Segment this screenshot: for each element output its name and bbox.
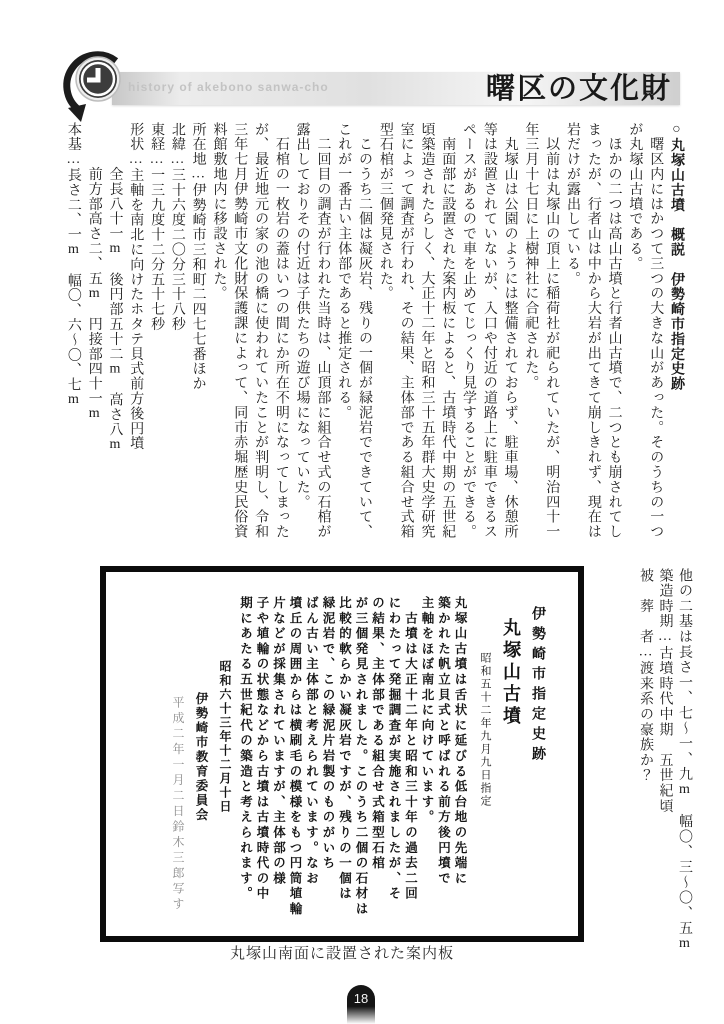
article-line: 石棺の一枚岩の蓋はいつの間にか所在不明になってしまった	[270, 122, 291, 550]
transcriber-note: 平成二年一月二日鈴木三郎写す	[167, 596, 189, 924]
document-page: history of akebono sanwa-cho 曙区の文化財 ○丸塚山…	[0, 0, 724, 1024]
article-line: 丸塚山は公園のようには整備されておらず、駐車場、休憩所	[499, 122, 520, 550]
article-line: 形状…主軸を南北に向けたホタテ貝式前方後円墳	[124, 122, 145, 550]
signboard-figure: 伊勢崎市指定史跡 丸塚山古墳 昭和五十二年九月九日指定 丸塚山古墳は舌状に延びる…	[100, 566, 584, 942]
page-number-badge: 18	[347, 985, 375, 1024]
signboard-body-line: 丸塚山古墳は舌状に延びる低台地の先端に	[452, 596, 469, 924]
signboard-body-line: 主軸をほぼ南北に向けています。	[419, 596, 436, 924]
article-aside: 他の二基は長さ一、七～一、九m 幅〇、三～〇、五m築造時期…古墳時代中期 五世紀…	[636, 568, 695, 968]
article-line: 全長八十一m 後円部五十二m 高さ八m	[104, 122, 125, 550]
article-line: 露出しておりその付近は子供たちの遊び場になっていた。	[291, 122, 312, 550]
article-line: 北緯…三十六度二〇分三十八秒	[166, 122, 187, 550]
article-line: ほかの二つは高山古墳と行者山古墳で、二つとも崩されてし	[603, 122, 624, 550]
article-line: まったが、行者山は中から大岩が出てきて崩しきれず、現在は	[582, 122, 603, 550]
figure-caption: 丸塚山南面に設置された案内板	[100, 942, 584, 963]
article-line: 所在地…伊勢崎市三和町二四七七番ほか	[187, 122, 208, 550]
article-line: 東経…一三九度十二分五十七秒	[145, 122, 166, 550]
article-line: このうち二個は凝灰岩、残りの一個が緑泥岩でできていて、	[353, 122, 374, 550]
article-line: 曙区内にはかつて三つの大きな山があった。そのうちの一つ	[644, 122, 665, 550]
signboard-body-line: 緑泥岩で、この緑泥片岩製のものがいち	[320, 596, 337, 924]
signboard-text: 伊勢崎市指定史跡 丸塚山古墳 昭和五十二年九月九日指定 丸塚山古墳は舌状に延びる…	[106, 572, 578, 936]
article-line: が丸塚山古墳である。	[624, 122, 645, 550]
signboard-body-line: 期にあたる五世紀代の築造と考えられます。	[237, 596, 254, 924]
signboard-body-line: の結果、主体部である組合せ式箱型石棺	[369, 596, 386, 924]
signboard-erected-date: 昭和六十三年十二月十日	[213, 596, 237, 924]
article-line: 前方部高さ二、五m 円接部四十一m	[83, 122, 104, 550]
aside-line: 築造時期…古墳時代中期 五世紀頃	[655, 568, 675, 968]
article-line: 以前は丸塚山の頂上に稲荷社が祀られていたが、明治四十一	[540, 122, 561, 550]
article-line: 岩だけが露出している。	[561, 122, 582, 550]
signboard-body-line: 片などが採集されていますが、主体部の様	[270, 596, 287, 924]
article-body: ○丸塚山古墳 概説 伊勢崎市指定史跡 曙区内にはかつて三つの大きな山があった。そ…	[62, 122, 686, 550]
article-heading: ○丸塚山古墳 概説 伊勢崎市指定史跡	[665, 122, 686, 550]
article-line: 三年七月伊勢崎市文化財保護課によって、同市赤堀歴史民俗資	[228, 122, 249, 550]
clock-history-icon	[56, 46, 132, 122]
signboard-body-line: ばん古い主体部と考えられています。なお	[303, 596, 320, 924]
signboard-body-line: にわたって発掘調査が実施されましたが、そ	[386, 596, 403, 924]
article-line: 等は設置されていないが、入口や付近の道路上に駐車できるス	[478, 122, 499, 550]
article-line: 南面部に設置された案内板によると、古墳時代中期の五世紀	[436, 122, 457, 550]
signboard-erected-by: 伊勢崎市教育委員会	[189, 596, 213, 924]
article-line: 料館敷地内に移設された。	[208, 122, 229, 550]
article-line: 室によって調査が行われ、その結果、主体部である組合せ式箱	[395, 122, 416, 550]
signboard-designation-type: 伊勢崎市指定史跡	[526, 596, 552, 924]
article-line: 型石棺が三個発見された。	[374, 122, 395, 550]
article-line: 二回目の調査が行われた当時は、山頂部に組合せ式の石棺が	[312, 122, 333, 550]
article-line: ペースがあるので車を止めてじっくり見学することができる。	[457, 122, 478, 550]
signboard-body-line: 子や埴輪の状態などから古墳は古墳時代の中	[254, 596, 271, 924]
aside-line: 他の二基は長さ一、七～一、九m 幅〇、三～〇、五m	[675, 568, 695, 968]
aside-line: 被 葬 者…渡来系の豪族か？	[636, 568, 656, 968]
article-line: 頃築造されたらしく、大正十二年と昭和三十五年群大史学研究	[416, 122, 437, 550]
signboard-designated-date: 昭和五十二年九月九日指定	[474, 596, 496, 924]
signboard-body-line: 築かれた帆立貝式と呼ばれる前方後円墳で	[435, 596, 452, 924]
page-title: 曙区の文化財	[486, 66, 672, 107]
signboard-body-line: が三個発見されました。このうち二個の石材は	[353, 596, 370, 924]
signboard-title: 丸塚山古墳	[496, 596, 526, 924]
signboard-body-line: 比較的軟らかい凝灰岩ですが、残りの一個は	[336, 596, 353, 924]
signboard-body-line: 古墳は大正十二年と昭和三十年の過去二回	[402, 596, 419, 924]
signboard-body-line: 墳丘の周囲からは横刷毛の模様をもつ円筒埴輪	[287, 596, 304, 924]
article-line: これが一番古い主体部であると推定される。	[332, 122, 353, 550]
article-line: 年三月十七日に上樹神社に合祀された。	[520, 122, 541, 550]
article-line: が、最近地元の家の池の橋に使われていたことが判明し、令和	[249, 122, 270, 550]
article-line: 本基…長さ二、一m 幅〇、六～〇、七m	[62, 122, 83, 550]
series-logo-text: history of akebono sanwa-cho	[128, 80, 329, 94]
